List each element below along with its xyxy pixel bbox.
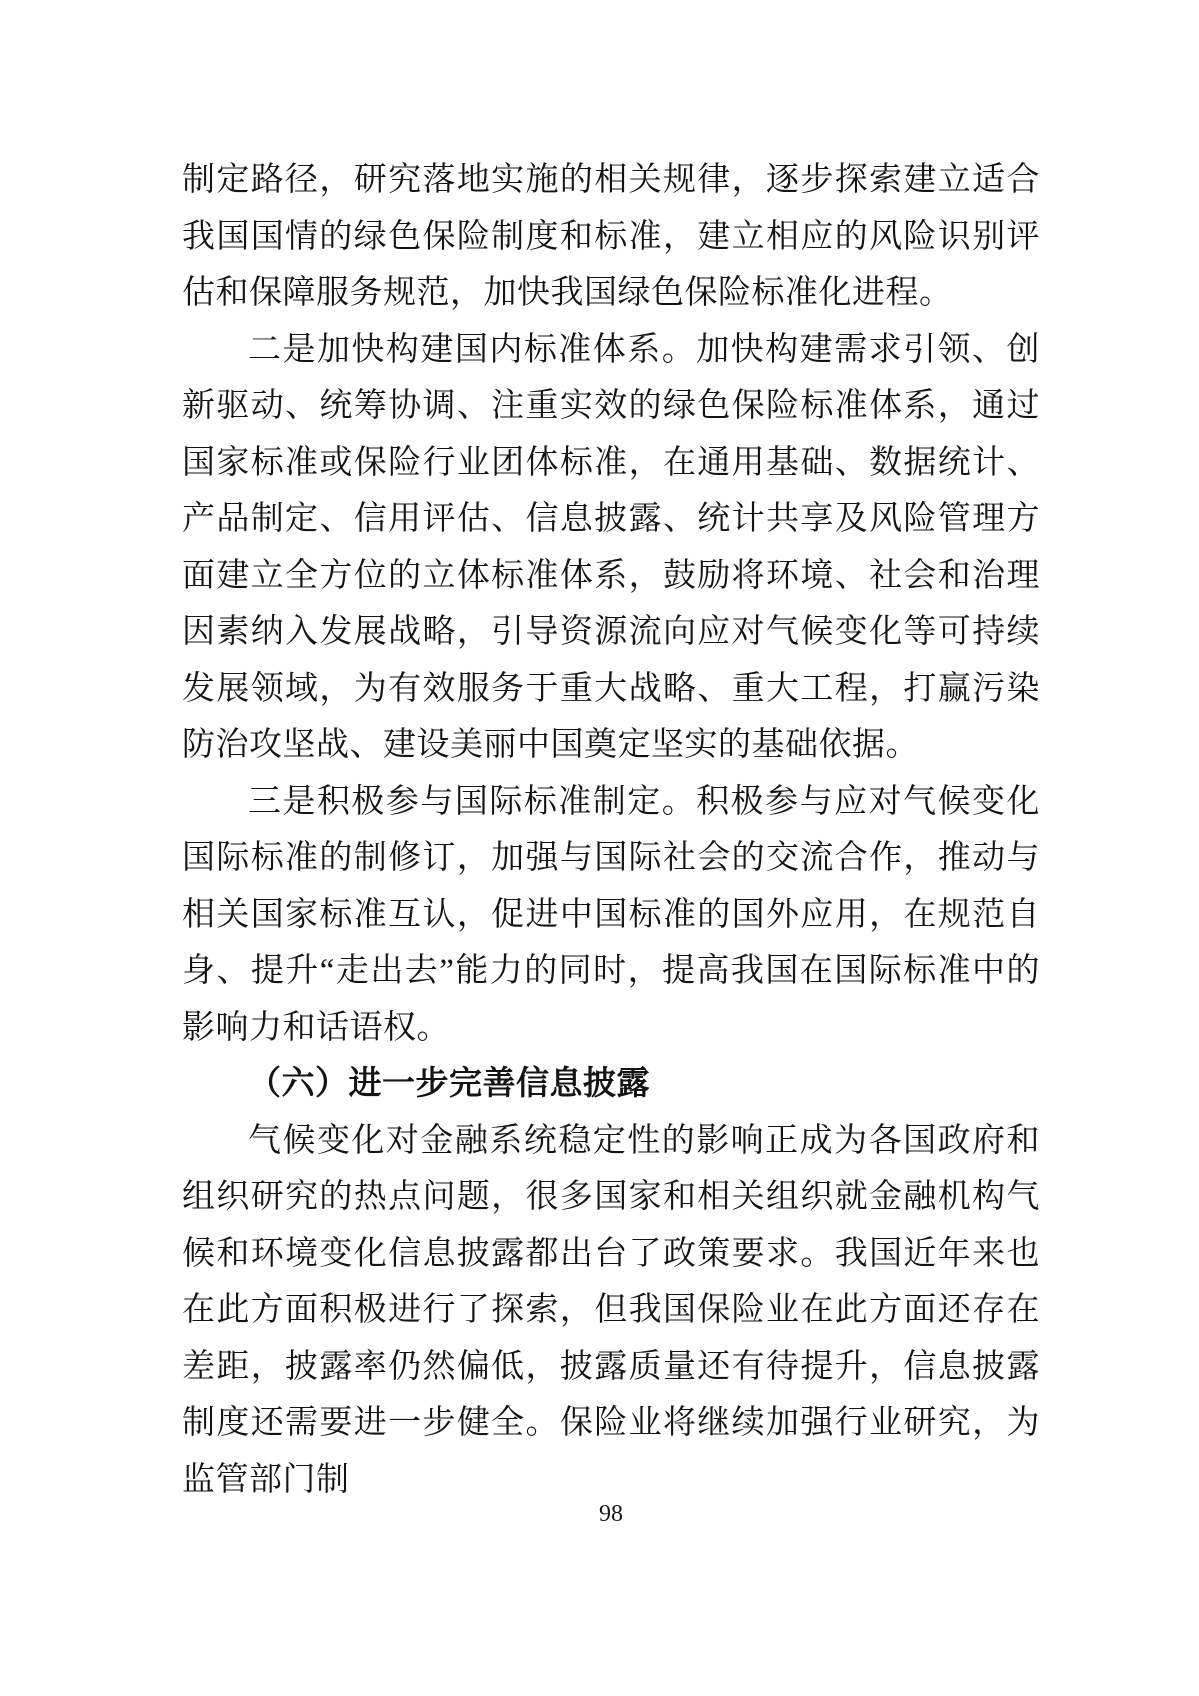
page-footer: 98	[182, 1500, 1040, 1528]
document-page: 制定路径，研究落地实施的相关规律，逐步探索建立适合我国国情的绿色保险制度和标准，…	[0, 0, 1199, 1696]
body-paragraph-four: 气候变化对金融系统稳定性的影响正成为各国政府和组织研究的热点问题，很多国家和相关…	[182, 1113, 1040, 1509]
document-body: 制定路径，研究落地实施的相关规律，逐步探索建立适合我国国情的绿色保险制度和标准，…	[182, 152, 1040, 1508]
body-paragraph-continuation: 制定路径，研究落地实施的相关规律，逐步探索建立适合我国国情的绿色保险制度和标准，…	[182, 152, 1040, 322]
body-paragraph-two: 二是加快构建国内标准体系。加快构建需求引领、创新驱动、统筹协调、注重实效的绿色保…	[182, 322, 1040, 774]
page-number: 98	[599, 1501, 623, 1527]
section-heading: （六）进一步完善信息披露	[182, 1056, 1040, 1113]
body-paragraph-three: 三是积极参与国际标准制定。积极参与应对气候变化国际标准的制修订，加强与国际社会的…	[182, 774, 1040, 1057]
